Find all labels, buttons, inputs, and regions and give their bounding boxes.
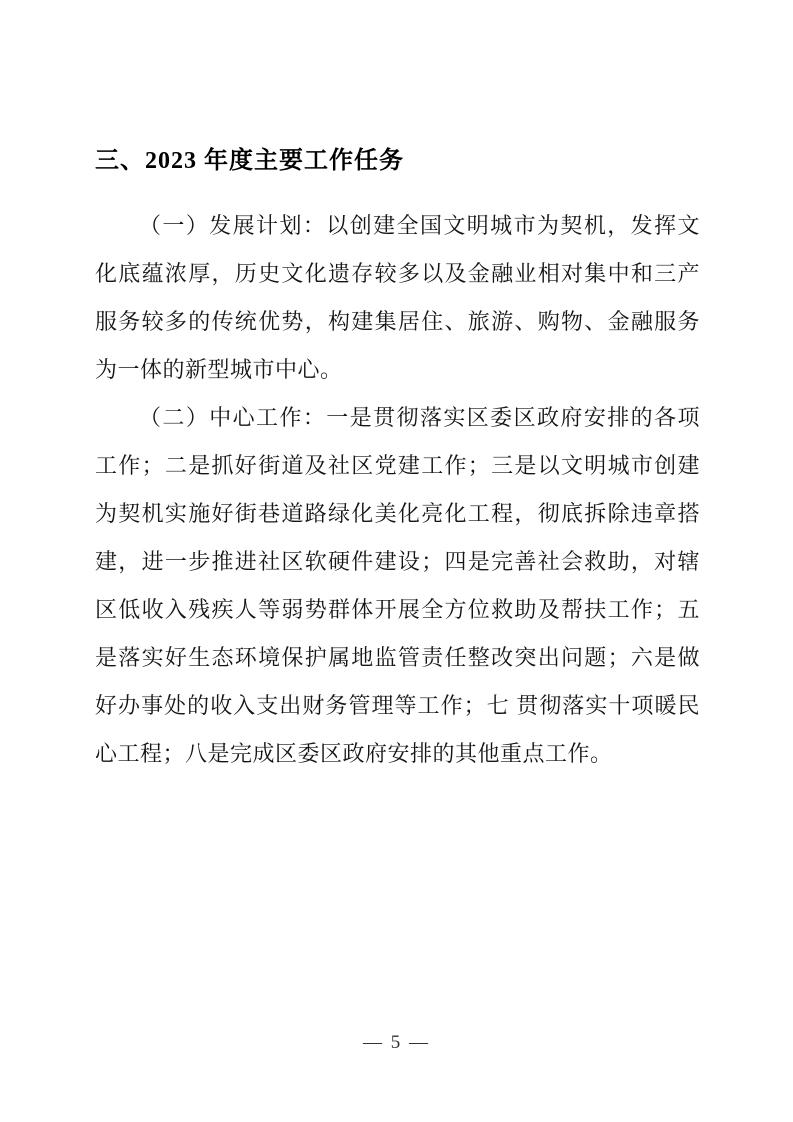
body-text: （一）发展计划：以创建全国文明城市为契机，发挥文化底蕴浓厚，历史文化遗存较多以及…: [95, 202, 700, 778]
paragraph-development-plan: （一）发展计划：以创建全国文明城市为契机，发挥文化底蕴浓厚，历史文化遗存较多以及…: [95, 202, 700, 394]
document-page: 三、2023 年度主要工作任务 （一）发展计划：以创建全国文明城市为契机，发挥文…: [0, 0, 793, 1122]
document-content: 三、2023 年度主要工作任务 （一）发展计划：以创建全国文明城市为契机，发挥文…: [95, 145, 700, 778]
page-footer: — 5 —: [0, 1032, 793, 1054]
page-number: — 5 —: [363, 1032, 430, 1054]
paragraph-central-work: （二）中心工作：一是贯彻落实区委区政府安排的各项工作；二是抓好街道及社区党建工作…: [95, 394, 700, 778]
section-heading: 三、2023 年度主要工作任务: [95, 145, 700, 177]
